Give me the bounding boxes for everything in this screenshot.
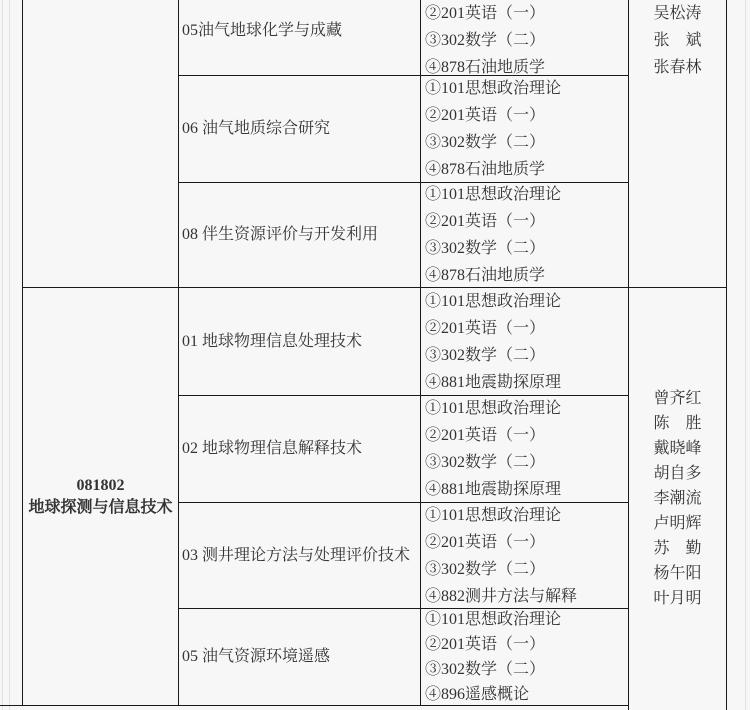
advisor-name: 张春林: [653, 54, 701, 81]
cutoff-column-line: [9, 0, 10, 710]
exam-subject-line: ④878石油地质学: [425, 156, 628, 183]
column-divider: [178, 0, 179, 705]
exam-subject-line: ②201英语（一）: [425, 632, 628, 657]
exam-subject-line: ②201英语（一）: [425, 529, 628, 556]
cutoff-column-line: [2, 0, 3, 710]
exam-subject-line: ①101思想政治理论: [425, 502, 628, 529]
exam-subject-line: ③302数学（二）: [425, 235, 628, 262]
advisor-name: 陈 胜: [653, 411, 701, 436]
direction-cell: 06 油气地质综合研究: [179, 76, 420, 182]
exam-subject-line: ③302数学（二）: [425, 27, 628, 54]
exam-subject-line: ④882测井方法与解释: [425, 583, 628, 610]
program-cell-section1: [23, 0, 178, 287]
exam-subject-line: ②201英语（一）: [425, 0, 628, 27]
exam-subjects-cell: ①101思想政治理论 ②201英语（一） ③302数学（二） ④878石油地质学: [421, 76, 628, 182]
exam-subjects-cell: ①101思想政治理论 ②201英语（一） ③302数学（二） ④881地震勘探原…: [421, 396, 628, 502]
exam-subjects-cell: ①101思想政治理论 ②201英语（一） ③302数学（二） ④882测井方法与…: [421, 503, 628, 608]
row-divider: [178, 608, 629, 609]
advisor-name: 吴松涛: [653, 0, 701, 27]
column-divider: [22, 0, 23, 706]
column-divider: [420, 0, 421, 705]
column-divider: [628, 0, 629, 710]
exam-subject-line: ①101思想政治理论: [425, 75, 628, 102]
exam-subjects-cell: ①101思想政治理论 ②201英语（一） ③302数学（二） ④896遥感概论: [421, 609, 628, 705]
exam-subjects-cell: ①101思想政治理论 ②201英语（一） ③302数学（二） ④878石油地质学: [421, 183, 628, 287]
program-cell-section2: 081802 地球探测与信息技术: [23, 288, 178, 705]
advisor-name: 卢明辉: [653, 511, 701, 536]
direction-cell: 02 地球物理信息解释技术: [179, 396, 420, 502]
row-divider: [178, 75, 629, 76]
row-divider: [178, 395, 629, 396]
direction-cell: 03 测井理论方法与处理评价技术: [179, 503, 420, 608]
row-divider: [178, 502, 629, 503]
exam-subject-line: ③302数学（二）: [425, 342, 628, 369]
exam-subject-line: ③302数学（二）: [425, 556, 628, 583]
direction-label: 03 测井理论方法与处理评价技术: [182, 546, 410, 566]
exam-subject-line: ④881地震勘探原理: [425, 369, 628, 396]
exam-subject-line: ③302数学（二）: [425, 129, 628, 156]
exam-subject-line: ③302数学（二）: [425, 449, 628, 476]
program-name: 地球探测与信息技术: [28, 497, 172, 519]
exam-subject-line: ②201英语（一）: [425, 422, 628, 449]
exam-subject-line: ②201英语（一）: [425, 102, 628, 129]
exam-subject-line: ①101思想政治理论: [425, 395, 628, 422]
exam-subject-line: ①101思想政治理论: [425, 181, 628, 208]
column-divider: [726, 0, 727, 710]
direction-label: 02 地球物理信息解释技术: [182, 439, 362, 459]
direction-cell: 01 地球物理信息处理技术: [179, 288, 420, 395]
exam-subject-line: ②201英语（一）: [425, 208, 628, 235]
exam-subjects-cell: ②201英语（一） ③302数学（二） ④878石油地质学: [421, 0, 628, 75]
direction-label: 08 伴生资源评价与开发利用: [182, 225, 378, 245]
direction-cell: 08 伴生资源评价与开发利用: [179, 183, 420, 287]
direction-label: 05 油气资源环境遥感: [182, 647, 330, 667]
cutoff-column-line: [745, 0, 746, 710]
advisor-name: 苏 勤: [653, 536, 701, 561]
row-divider: [0, 705, 629, 706]
advisor-name: 李潮流: [653, 486, 701, 511]
exam-subject-line: ①101思想政治理论: [425, 288, 628, 315]
advisor-name: 胡自多: [653, 461, 701, 486]
advisor-cell-section1: 吴松涛 张 斌 张春林: [629, 0, 726, 287]
exam-subject-line: ①101思想政治理论: [425, 607, 628, 632]
direction-label: 01 地球物理信息处理技术: [182, 332, 362, 352]
exam-subject-line: ③302数学（二）: [425, 657, 628, 682]
advisor-name: 杨午阳: [653, 561, 701, 586]
row-divider: [178, 182, 629, 183]
direction-label: 05油气地球化学与成藏: [182, 21, 342, 41]
advisor-name: 张 斌: [653, 27, 701, 54]
exam-subjects-cell: ①101思想政治理论 ②201英语（一） ③302数学（二） ④881地震勘探原…: [421, 288, 628, 395]
advisor-cell-section2: 曾齐红 陈 胜 戴晓峰 胡自多 李潮流 卢明辉 苏 勤 杨午阳 叶月明: [629, 287, 726, 710]
exam-subject-line: ④896遥感概论: [425, 682, 628, 707]
program-code: 081802: [77, 475, 125, 497]
direction-label: 06 油气地质综合研究: [182, 119, 330, 139]
direction-cell: 05油气地球化学与成藏: [179, 0, 420, 75]
admissions-table-page: 05油气地球化学与成藏 ②201英语（一） ③302数学（二） ④878石油地质…: [0, 0, 750, 710]
direction-cell: 05 油气资源环境遥感: [179, 609, 420, 705]
section-divider: [22, 287, 727, 288]
exam-subject-line: ④878石油地质学: [425, 262, 628, 289]
advisor-name: 叶月明: [653, 586, 701, 611]
advisor-name: 曾齐红: [653, 386, 701, 411]
exam-subject-line: ②201英语（一）: [425, 315, 628, 342]
exam-subject-line: ④881地震勘探原理: [425, 476, 628, 503]
advisor-name: 戴晓峰: [653, 436, 701, 461]
